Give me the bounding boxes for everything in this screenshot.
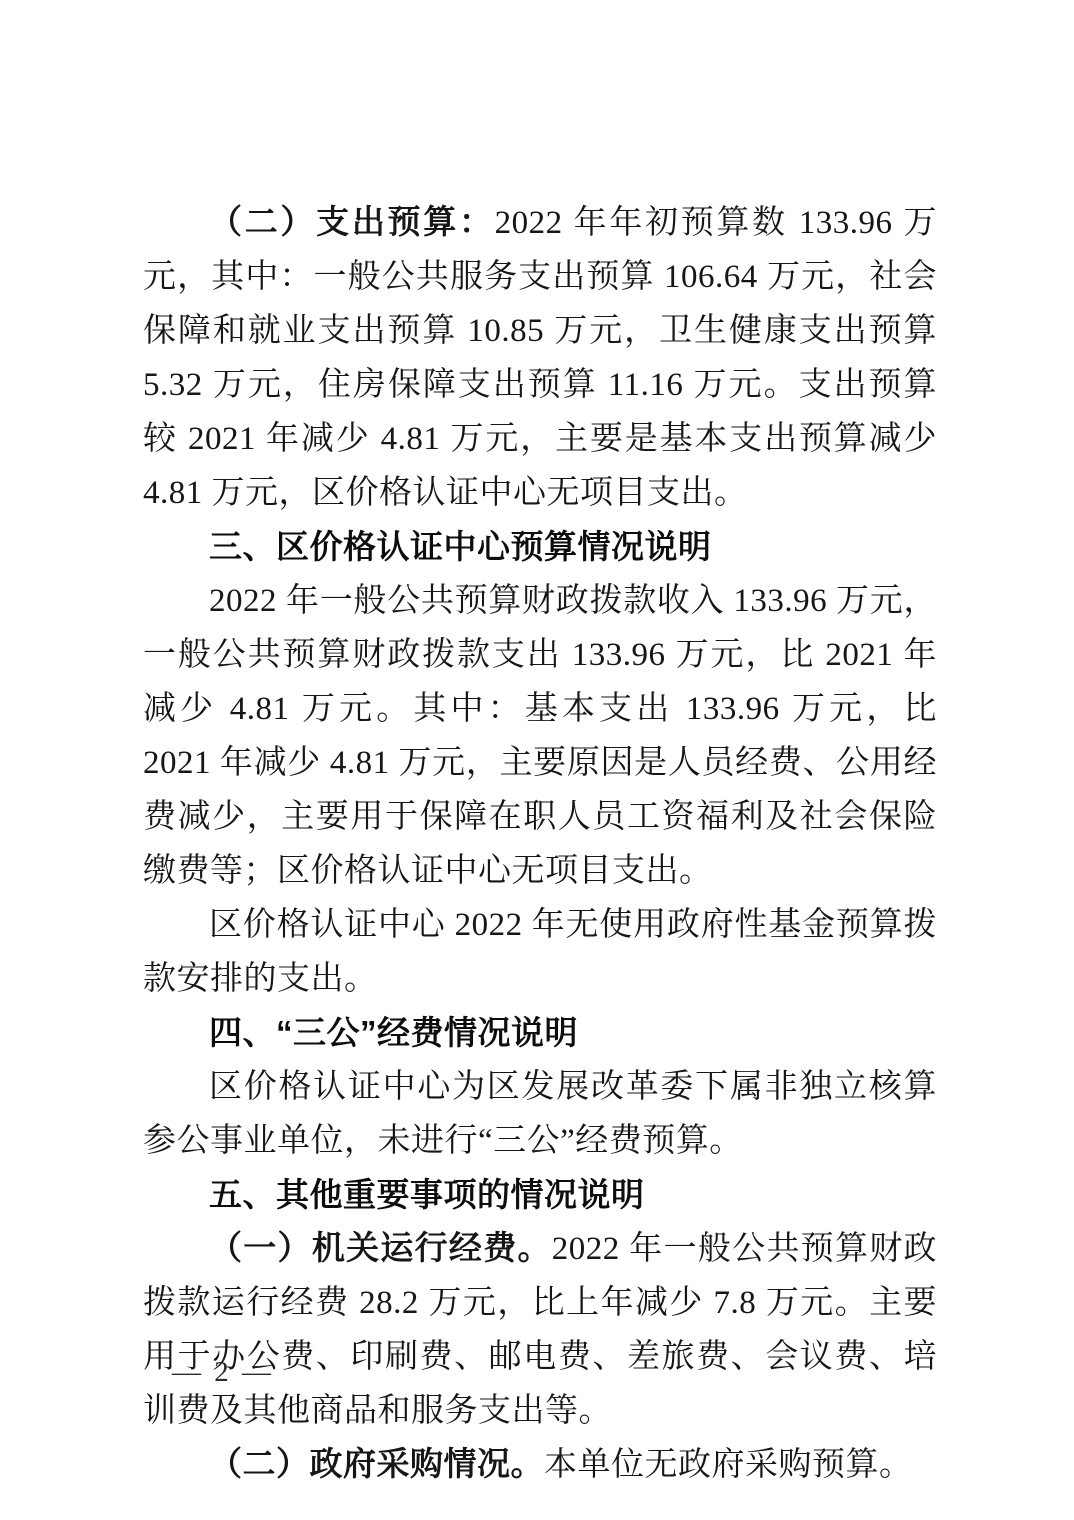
paragraph-operating-lead: （一）机关运行经费。 [209,1231,552,1267]
paragraph-three-public: 区价格认证中心为区发展改革委下属非独立核算参公事业单位，未进行“三公”经费预算。 [143,1060,937,1168]
heading-section-5: 五、其他重要事项的情况说明 [143,1168,937,1222]
paragraph-procurement-lead: （二）政府采购情况。 [209,1447,544,1483]
paragraph-procurement: （二）政府采购情况。本单位无政府采购预算。 [143,1438,937,1492]
document-page: （二）支出预算：2022 年年初预算数 133.96 万元，其中：一般公共服务支… [0,0,1074,1520]
heading-section-4: 四、“三公”经费情况说明 [143,1006,937,1060]
heading-section-3: 三、区价格认证中心预算情况说明 [143,520,937,574]
paragraph-operating-expense: （一）机关运行经费。2022 年一般公共预算财政拨款运行经费 28.2 万元，比… [143,1222,937,1438]
paragraph-expenditure-budget: （二）支出预算：2022 年年初预算数 133.96 万元，其中：一般公共服务支… [143,196,937,520]
paragraph-gov-fund: 区价格认证中心 2022 年无使用政府性基金预算拨款安排的支出。 [143,898,937,1006]
page-number-footer: — 2 — [172,1352,274,1392]
paragraph-budget-overview: 2022 年一般公共预算财政拨款收入 133.96 万元，一般公共预算财政拨款支… [143,574,937,898]
paragraph-procurement-text: 本单位无政府采购预算。 [544,1447,913,1483]
paragraph-expenditure-text: 2022 年年初预算数 133.96 万元，其中：一般公共服务支出预算 106.… [143,205,937,511]
document-body: （二）支出预算：2022 年年初预算数 133.96 万元，其中：一般公共服务支… [143,196,937,1492]
page-number-text: — 2 — [172,1356,274,1388]
paragraph-expenditure-lead: （二）支出预算： [209,205,495,241]
